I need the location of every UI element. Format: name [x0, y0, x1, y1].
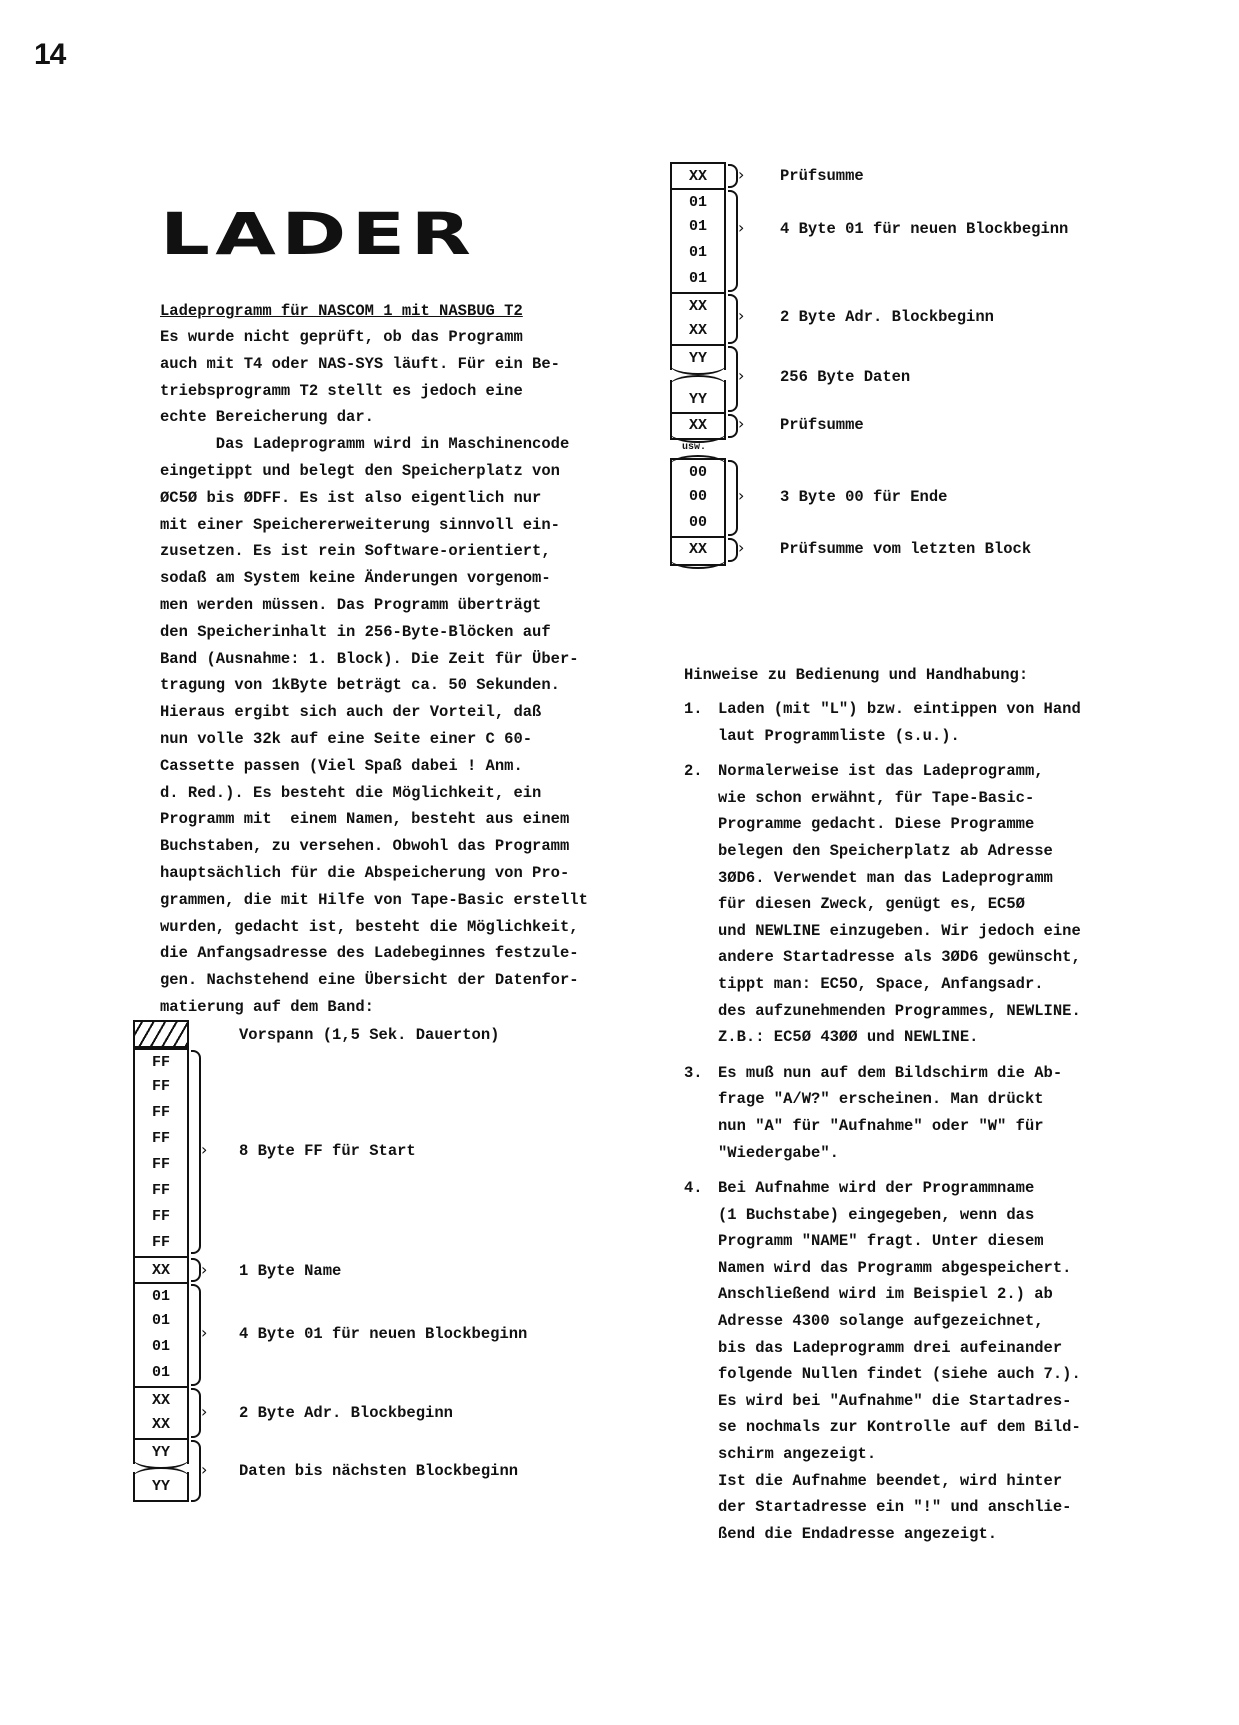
start-label: 8 Byte FF für Start	[239, 1142, 416, 1160]
checksum-label: Prüfsumme	[780, 416, 864, 434]
text-line: ØC5Ø bis ØDFF. Es ist also eigentlich nu…	[160, 485, 660, 512]
text-line: Bei Aufnahme wird der Programmname	[718, 1175, 1081, 1202]
text-line: Normalerweise ist das Ladeprogramm,	[718, 758, 1081, 785]
data-label: Daten bis nächsten Blockbeginn	[239, 1462, 518, 1480]
byte-cell: 01	[670, 266, 726, 292]
left-column: Ladeprogramm für NASCOM 1 mit NASBUG T2 …	[160, 298, 660, 1021]
byte-cell: YY	[670, 344, 726, 370]
text-line: Band (Ausnahme: 1. Block). Die Zeit für …	[160, 646, 660, 673]
text-line: Programm "NAME" fragt. Unter diesem	[718, 1228, 1081, 1255]
text-line: "Wiedergabe".	[718, 1140, 1062, 1167]
article-subtitle: Ladeprogramm für NASCOM 1 mit NASBUG T2	[160, 298, 660, 324]
leader-label: Vorspann (1,5 Sek. Dauerton)	[239, 1026, 499, 1044]
text-line: bis das Ladeprogramm drei aufeinander	[718, 1335, 1081, 1362]
text-line: Laden (mit "L") bzw. eintippen von Hand	[718, 696, 1081, 723]
leader-hatch-icon	[133, 1020, 189, 1048]
brace-tip-icon: ›	[738, 368, 744, 384]
text-line: se nochmals zur Kontrolle auf dem Bild-	[718, 1414, 1081, 1441]
byte-cell: FF	[133, 1100, 189, 1126]
text-line: folgende Nullen findet (siehe auch 7.).	[718, 1361, 1081, 1388]
byte-cell: XX	[133, 1256, 189, 1282]
text-line: Es muß nun auf dem Bildschirm die Ab-	[718, 1060, 1062, 1087]
brace-icon	[191, 1258, 201, 1282]
brace-tip-icon: ›	[201, 1142, 207, 1158]
brace-tip-icon: ›	[201, 1262, 207, 1278]
byte-cell: 01	[133, 1334, 189, 1360]
byte-cell: FF	[133, 1048, 189, 1074]
byte-cell: XX	[670, 536, 726, 566]
byte-cell: FF	[133, 1152, 189, 1178]
brace-icon	[728, 346, 738, 412]
note-item-1: 1. Laden (mit "L") bzw. eintippen von Ha…	[684, 696, 1154, 749]
brace-tip-icon: ›	[738, 308, 744, 324]
text-line: eingetippt und belegt den Speicherplatz …	[160, 458, 660, 485]
note-item-2: 2. Normalerweise ist das Ladeprogramm, w…	[684, 758, 1154, 1051]
text-line: Namen wird das Programm abgespeichert.	[718, 1255, 1081, 1282]
text-line: Cassette passen (Viel Spaß dabei ! Anm.	[160, 753, 660, 780]
text-line: 3ØD6. Verwendet man das Ladeprogramm	[718, 865, 1081, 892]
byte-cell: FF	[133, 1074, 189, 1100]
text-line: Hieraus ergibt sich auch der Vorteil, da…	[160, 699, 660, 726]
page-title: LADER	[160, 205, 476, 263]
text-line: nun "A" für "Aufnahme" oder "W" für	[718, 1113, 1062, 1140]
brace-tip-icon: ›	[738, 488, 744, 504]
text-line: Buchstaben, zu versehen. Obwohl das Prog…	[160, 833, 660, 860]
brace-icon	[728, 294, 738, 344]
byte-cell: YY	[670, 380, 726, 412]
byte-cell: 00	[670, 510, 726, 536]
text-line: triebsprogramm T2 stellt es jedoch eine	[160, 378, 660, 405]
text-line: matierung auf dem Band:	[160, 994, 660, 1021]
text-line: frage "A/W?" erscheinen. Man drückt	[718, 1086, 1062, 1113]
text-line: Adresse 4300 solange aufgezeichnet,	[718, 1308, 1081, 1335]
byte-cell: XX	[670, 318, 726, 344]
data-label: 256 Byte Daten	[780, 368, 910, 386]
text-line: laut Programmliste (s.u.).	[718, 723, 1081, 750]
brace-icon	[728, 164, 738, 188]
byte-cell: YY	[133, 1472, 189, 1502]
brace-tip-icon: ›	[738, 540, 744, 556]
byte-cell: FF	[133, 1126, 189, 1152]
byte-cell: XX	[670, 292, 726, 318]
text-line: der Startadresse ein "!" und anschlie-	[718, 1494, 1081, 1521]
byte-cell: FF	[133, 1178, 189, 1204]
text-line: für diesen Zweck, genügt es, EC5Ø	[718, 891, 1081, 918]
brace-icon	[728, 460, 738, 536]
brace-tip-icon: ›	[201, 1325, 207, 1341]
byte-cell: 01	[670, 214, 726, 240]
byte-cell: XX	[133, 1386, 189, 1412]
text-line: wurden, gedacht ist, besteht die Möglich…	[160, 914, 660, 941]
text-line: grammen, die mit Hilfe von Tape-Basic er…	[160, 887, 660, 914]
text-line: schirm angezeigt.	[718, 1441, 1081, 1468]
tape-format-diagram-left: Vorspann (1,5 Sek. Dauerton) FF FF FF FF…	[133, 1020, 613, 1520]
continuation-label: usw.	[682, 442, 706, 453]
byte-cell: 01	[670, 188, 726, 214]
byte-cell: YY	[133, 1438, 189, 1464]
text-line: Ist die Aufnahme beendet, wird hinter	[718, 1468, 1081, 1495]
byte-cell: 01	[670, 240, 726, 266]
text-line: belegen den Speicherplatz ab Adresse	[718, 838, 1081, 865]
text-line: zusetzen. Es ist rein Software-orientier…	[160, 538, 660, 565]
brace-icon	[191, 1284, 201, 1386]
block-begin-label: 4 Byte 01 für neuen Blockbeginn	[239, 1325, 527, 1343]
intro-text: Es wurde nicht geprüft, ob das Programm …	[160, 324, 660, 1021]
note-number: 3.	[684, 1060, 718, 1166]
name-label: 1 Byte Name	[239, 1262, 341, 1280]
brace-icon	[728, 538, 738, 562]
text-line: d. Red.). Es besteht die Möglichkeit, ei…	[160, 780, 660, 807]
text-line: auch mit T4 oder NAS-SYS läuft. Für ein …	[160, 351, 660, 378]
text-line: ßend die Endadresse angezeigt.	[718, 1521, 1081, 1548]
byte-cell: 00	[670, 458, 726, 484]
block-begin-label: 4 Byte 01 für neuen Blockbeginn	[780, 220, 1068, 238]
tape-format-diagram-right: XX › Prüfsumme 01 01 01 01 › 4 Byte 01 f…	[670, 162, 1150, 602]
text-line: Es wird bei "Aufnahme" die Startadres-	[718, 1388, 1081, 1415]
brace-icon	[191, 1440, 201, 1502]
text-line: (1 Buchstabe) eingegeben, wenn das	[718, 1202, 1081, 1229]
brace-icon	[728, 190, 738, 292]
checksum-label: Prüfsumme	[780, 167, 864, 185]
brace-tip-icon: ›	[738, 220, 744, 236]
byte-cell: 01	[133, 1282, 189, 1308]
page-number: 14	[34, 38, 65, 72]
brace-tip-icon: ›	[738, 416, 744, 432]
text-line: tragung von 1kByte beträgt ca. 50 Sekund…	[160, 672, 660, 699]
note-number: 2.	[684, 758, 718, 1051]
byte-cell: 01	[133, 1308, 189, 1334]
note-item-4: 4. Bei Aufnahme wird der Programmname (1…	[684, 1175, 1154, 1547]
note-number: 1.	[684, 696, 718, 749]
text-line: den Speicherinhalt in 256-Byte-Blöcken a…	[160, 619, 660, 646]
byte-cell: 01	[133, 1360, 189, 1386]
brace-icon	[728, 414, 738, 438]
text-line: Programme gedacht. Diese Programme	[718, 811, 1081, 838]
byte-cell: 00	[670, 484, 726, 510]
byte-cell: XX	[670, 162, 726, 188]
brace-icon	[191, 1050, 201, 1254]
note-number: 4.	[684, 1175, 718, 1547]
operating-notes: Hinweise zu Bedienung und Handhabung: 1.…	[684, 662, 1154, 1556]
text-line: wie schon erwähnt, für Tape-Basic-	[718, 785, 1081, 812]
end-label: 3 Byte 00 für Ende	[780, 488, 947, 506]
text-line: nun volle 32k auf eine Seite einer C 60-	[160, 726, 660, 753]
address-label: 2 Byte Adr. Blockbeginn	[780, 308, 994, 326]
byte-cell: XX	[670, 412, 726, 440]
byte-cell: FF	[133, 1204, 189, 1230]
text-line: hauptsächlich für die Abspeicherung von …	[160, 860, 660, 887]
text-line: tippt man: EC5O, Space, Anfangsadr.	[718, 971, 1081, 998]
last-checksum-label: Prüfsumme vom letzten Block	[780, 540, 1031, 558]
text-line: men werden müssen. Das Programm überträg…	[160, 592, 660, 619]
text-line: Das Ladeprogramm wird in Maschinencode	[160, 431, 660, 458]
text-line: andere Startadresse als 3ØD6 gewünscht,	[718, 944, 1081, 971]
text-line: echte Bereicherung dar.	[160, 404, 660, 431]
address-label: 2 Byte Adr. Blockbeginn	[239, 1404, 453, 1422]
brace-icon	[191, 1388, 201, 1438]
text-line: und NEWLINE einzugeben. Wir jedoch eine	[718, 918, 1081, 945]
text-line: des aufzunehmenden Programmes, NEWLINE.	[718, 998, 1081, 1025]
text-line: Z.B.: EC5Ø 43ØØ und NEWLINE.	[718, 1024, 1081, 1051]
brace-tip-icon: ›	[738, 167, 744, 183]
byte-cell: XX	[133, 1412, 189, 1438]
text-line: Anschließend wird im Beispiel 2.) ab	[718, 1281, 1081, 1308]
notes-heading: Hinweise zu Bedienung und Handhabung:	[684, 662, 1154, 688]
text-line: mit einer Speichererweiterung sinnvoll e…	[160, 512, 660, 539]
text-line: Es wurde nicht geprüft, ob das Programm	[160, 324, 660, 351]
byte-cell: FF	[133, 1230, 189, 1256]
text-line: gen. Nachstehend eine Übersicht der Date…	[160, 967, 660, 994]
text-line: Programm mit einem Namen, besteht aus ei…	[160, 806, 660, 833]
brace-tip-icon: ›	[201, 1404, 207, 1420]
brace-tip-icon: ›	[201, 1462, 207, 1478]
text-line: die Anfangsadresse des Ladebeginnes fest…	[160, 940, 660, 967]
text-line: sodaß am System keine Änderungen vorgeno…	[160, 565, 660, 592]
note-item-3: 3. Es muß nun auf dem Bildschirm die Ab-…	[684, 1060, 1154, 1166]
